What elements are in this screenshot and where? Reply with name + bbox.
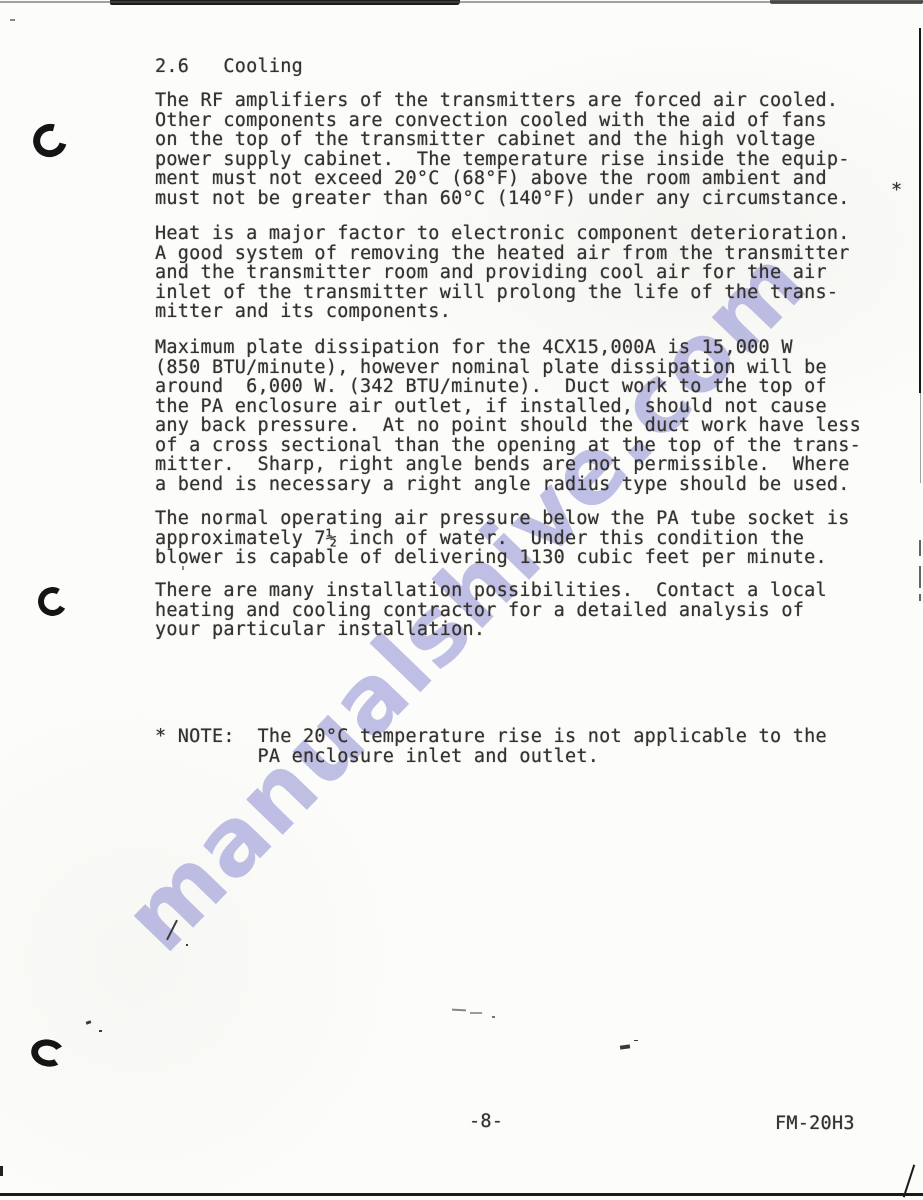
margin-asterisk: * [891, 181, 902, 201]
document-code: FM-20H3 [775, 1114, 855, 1134]
binder-ring-mark [35, 584, 71, 620]
scan-bottom-edge [0, 1193, 923, 1196]
scan-left-tick [0, 1166, 3, 1176]
paragraph-installation: There are many installation possibilitie… [155, 581, 827, 640]
scan-right-dash [919, 540, 921, 556]
scan-top-edge-right [770, 0, 923, 4]
binder-ring-mark [29, 1036, 68, 1069]
speck [634, 1040, 638, 1041]
scanned-manual-page: manualshive.com 2.6 Cooling The RF ampli… [0, 0, 923, 1200]
speck [186, 944, 188, 946]
speck [620, 1044, 630, 1049]
speck [182, 566, 184, 570]
footnote-note: * NOTE: The 20°C temperature rise is not… [155, 727, 827, 766]
scan-right-dash [919, 566, 921, 588]
speck [452, 1009, 466, 1012]
paragraph-heat-factor: Heat is a major factor to electronic com… [155, 224, 850, 322]
speck [470, 1012, 482, 1014]
paragraph-plate-dissipation: Maximum plate dissipation for the 4CX15,… [155, 338, 861, 494]
speck [492, 1016, 495, 1018]
speck [86, 1020, 92, 1025]
scan-right-dash [919, 594, 921, 601]
paragraph-cooling-intro: The RF amplifiers of the transmitters ar… [155, 91, 850, 208]
speck [99, 1030, 102, 1032]
binder-ring-mark [27, 118, 73, 164]
scan-right-edge [919, 28, 921, 393]
paragraph-air-pressure: The normal operating air pressure below … [155, 509, 850, 568]
section-heading: 2.6 Cooling [155, 57, 303, 77]
scan-right-edge-faint [920, 393, 921, 483]
page-number: -8- [469, 1112, 503, 1132]
speck [10, 19, 15, 21]
